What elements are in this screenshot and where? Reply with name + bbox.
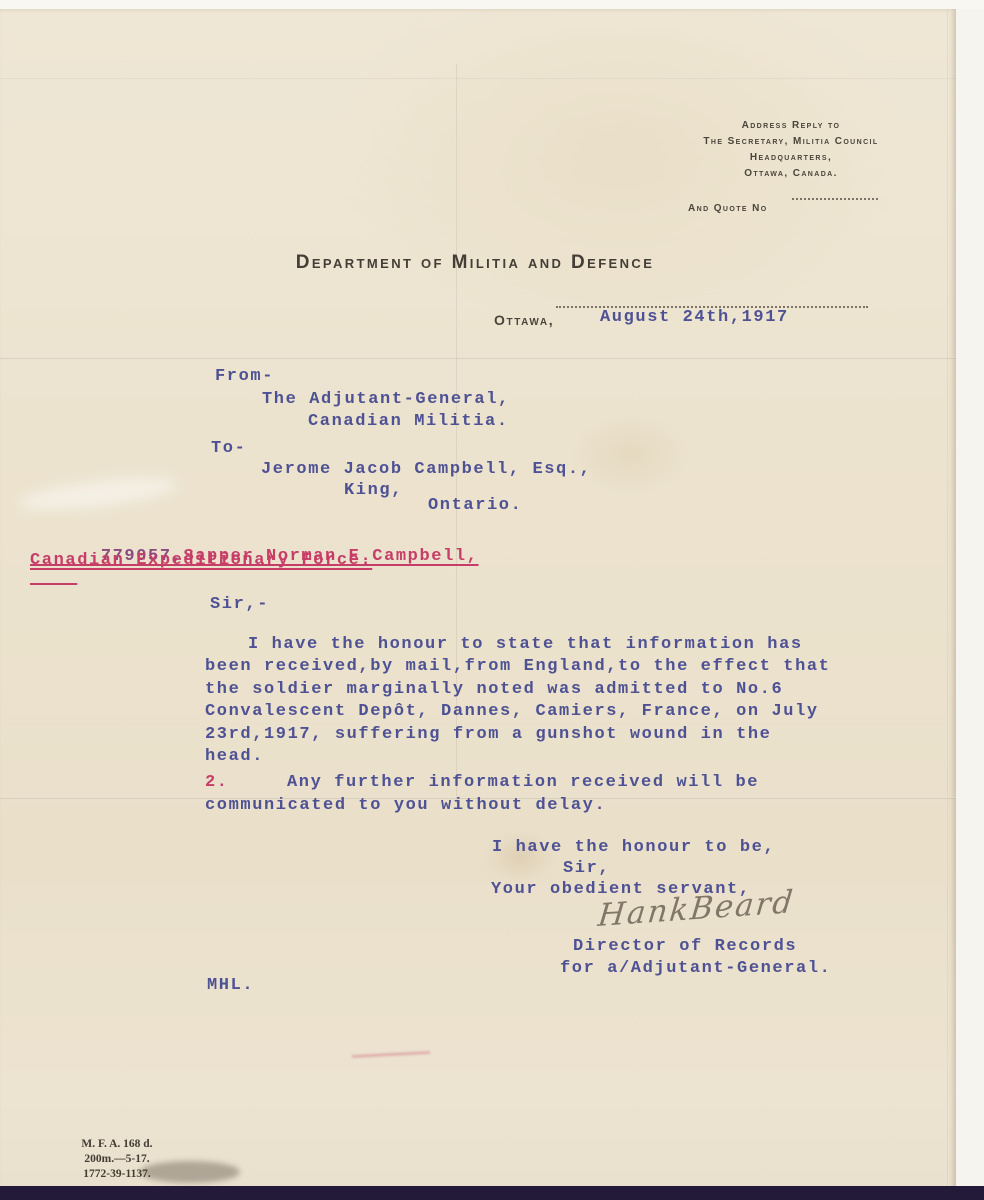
- body-line: I have the honour to state that informat…: [248, 635, 803, 654]
- department-title: Department of Militia and Defence: [170, 252, 780, 274]
- date-value: August 24th,1917: [600, 308, 789, 327]
- letterhead-line: Headquarters,: [655, 150, 927, 166]
- body-line: Convalescent Depôt, Dannes, Camiers, Fra…: [205, 702, 819, 721]
- quote-number-dotted-line: [792, 198, 878, 200]
- closing-line: Sir,: [563, 859, 610, 878]
- from-label: From-: [215, 367, 274, 386]
- quote-number-label: And Quote No: [688, 203, 768, 214]
- fold-line-vertical: [946, 9, 948, 1190]
- body-line: communicated to you without delay.: [205, 796, 606, 815]
- faint-red-streak: [352, 1051, 430, 1058]
- place-label: Ottawa,: [494, 312, 554, 328]
- to-label: To-: [211, 439, 246, 458]
- form-number-block: M. F. A. 168 d. 200m.—5-17. 1772-39-1137…: [56, 1137, 178, 1182]
- letterhead-line: The Secretary, Militia Council: [655, 134, 927, 150]
- body-line: 23rd,1917, suffering from a gunshot woun…: [205, 725, 771, 744]
- body-line: head.: [205, 747, 264, 766]
- to-line: King,: [344, 481, 403, 500]
- from-line: Canadian Militia.: [308, 412, 509, 431]
- salutation: Sir,-: [210, 595, 269, 614]
- fold-line-horizontal: [0, 357, 956, 359]
- closing-line: I have the honour to be,: [492, 838, 775, 857]
- to-line: Ontario.: [428, 496, 522, 515]
- paragraph-number: 2.: [205, 773, 229, 792]
- scanned-letter: Address Reply to The Secretary, Militia …: [0, 0, 984, 1200]
- form-number-line: 1772-39-1137.: [56, 1167, 178, 1182]
- body-line: the soldier marginally noted was admitte…: [205, 680, 783, 699]
- signoff-line: for a/Adjutant-General.: [560, 959, 831, 978]
- letterhead-line: Address Reply to: [655, 118, 927, 134]
- typist-initials: MHL.: [207, 976, 254, 995]
- paper-wrinkle: [17, 471, 179, 516]
- margin-note-line2: Canadian Expeditionary Force.: [30, 551, 372, 570]
- from-line: The Adjutant-General,: [262, 390, 510, 409]
- to-line: Jerome Jacob Campbell, Esq.,: [261, 460, 591, 479]
- signoff-line: Director of Records: [573, 937, 797, 956]
- letterhead-address-block: Address Reply to The Secretary, Militia …: [655, 118, 927, 182]
- form-number-line: M. F. A. 168 d.: [56, 1137, 178, 1152]
- body-line: Any further information received will be: [287, 773, 759, 792]
- body-line: been received,by mail,from England,to th…: [205, 657, 831, 676]
- scan-background-bottom: [0, 1186, 984, 1200]
- form-number-line: 200m.—5-17.: [56, 1152, 178, 1167]
- fold-line-horizontal: [0, 77, 956, 79]
- letterhead-line: Ottawa, Canada.: [655, 166, 927, 182]
- paper-sheet: Address Reply to The Secretary, Militia …: [0, 9, 956, 1190]
- scan-background-top: [0, 0, 984, 9]
